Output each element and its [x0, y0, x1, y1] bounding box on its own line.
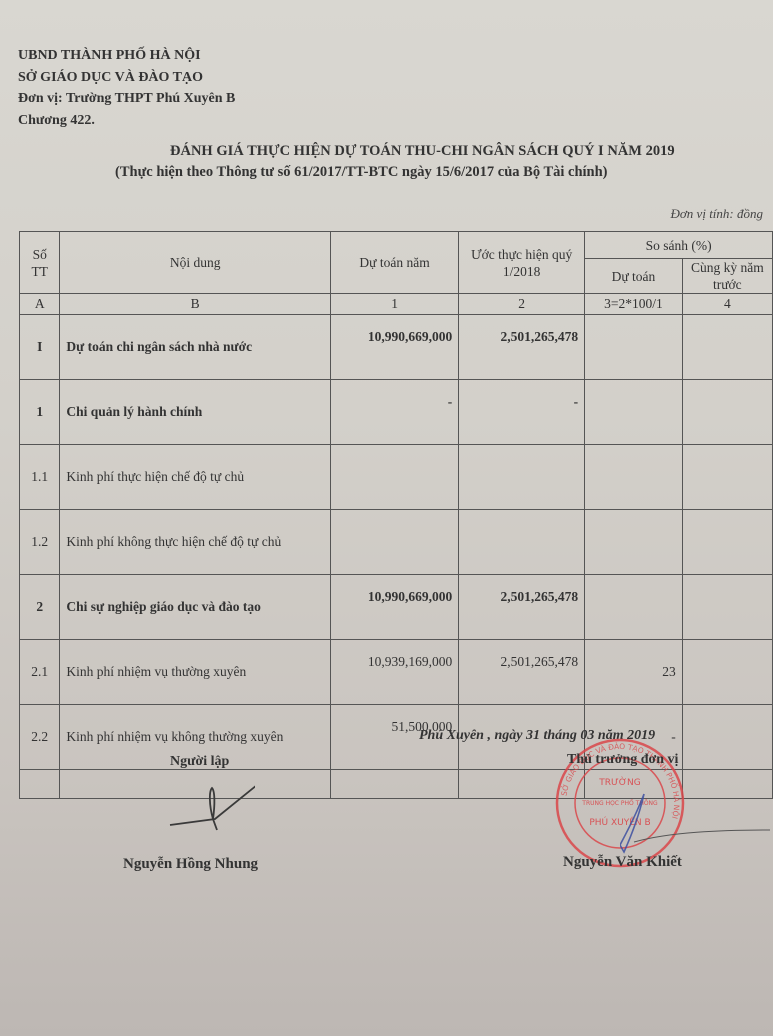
index-row: A B 1 2 3=2*100/1 4: [20, 294, 773, 315]
preparer-signature: [165, 775, 255, 835]
chapter-line: Chương 422.: [18, 110, 235, 132]
header-stt: Số TT: [20, 232, 60, 294]
row-uoc-thuc-hien: 2,501,265,478: [459, 640, 585, 705]
header-noi-dung: Nội dung: [60, 232, 331, 294]
row-ss-du-toan: [585, 575, 683, 640]
table-row: 1.2Kinh phí không thực hiện chế độ tự ch…: [20, 510, 773, 575]
title-subtitle: (Thực hiện theo Thông tư số 61/2017/TT-B…: [0, 164, 773, 181]
row-ss-cung-ky: [682, 575, 772, 640]
director-role: Thủ trưởng đơn vị: [567, 752, 678, 768]
row-stt: 2.1: [20, 640, 60, 705]
row-du-toan-nam: -: [330, 380, 458, 445]
index-cell: 1: [330, 294, 458, 315]
issuing-agency-header: UBND THÀNH PHỐ HÀ NỘI SỞ GIÁO DỤC VÀ ĐÀO…: [18, 45, 235, 131]
row-ss-du-toan: [585, 510, 683, 575]
index-cell: A: [20, 294, 60, 315]
header-uoc-thuc-hien: Ước thực hiện quý 1/2018: [459, 232, 585, 294]
row-ss-du-toan: [585, 445, 683, 510]
row-stt: 2.2: [20, 705, 60, 770]
table-row: 1.1Kinh phí thực hiện chế độ tự chủ: [20, 445, 773, 510]
row-stt: 1: [20, 380, 60, 445]
row-content: Chi sự nghiệp giáo dục và đào tạo: [60, 575, 331, 640]
row-ss-cung-ky: [682, 510, 772, 575]
row-uoc-thuc-hien: -: [459, 380, 585, 445]
header-so-sanh: So sánh (%): [585, 232, 773, 259]
empty-cell: [330, 770, 458, 799]
row-du-toan-nam: 10,939,169,000: [330, 640, 458, 705]
row-stt: 1.2: [20, 510, 60, 575]
row-ss-du-toan: [585, 380, 683, 445]
table-row: 2.1Kinh phí nhiệm vụ thường xuyên10,939,…: [20, 640, 773, 705]
row-content: Kinh phí nhiệm vụ thường xuyên: [60, 640, 331, 705]
row-content: Chi quản lý hành chính: [60, 380, 331, 445]
row-du-toan-nam: [330, 510, 458, 575]
svg-text:TRƯỜNG: TRƯỜNG: [598, 776, 640, 788]
row-stt: 2: [20, 575, 60, 640]
index-cell: 2: [459, 294, 585, 315]
row-ss-cung-ky: [682, 315, 772, 380]
header-ss-cung-ky: Cùng kỳ năm trước: [682, 259, 772, 294]
row-ss-du-toan: [585, 315, 683, 380]
director-name: Nguyễn Văn Khiết: [563, 854, 682, 871]
row-ss-cung-ky: [682, 705, 772, 770]
title-main: ĐÁNH GIÁ THỰC HIỆN DỰ TOÁN THU-CHI NGÂN …: [0, 143, 773, 160]
header-ss-du-toan: Dự toán: [585, 259, 683, 294]
table-row: IDự toán chi ngân sách nhà nước10,990,66…: [20, 315, 773, 380]
row-stt: I: [20, 315, 60, 380]
unit-line: Đơn vị: Trường THPT Phú Xuyên B: [18, 88, 235, 110]
row-uoc-thuc-hien: [459, 510, 585, 575]
row-du-toan-nam: 10,990,669,000: [330, 575, 458, 640]
row-content: Dự toán chi ngân sách nhà nước: [60, 315, 331, 380]
row-uoc-thuc-hien: 2,501,265,478: [459, 315, 585, 380]
budget-table: Số TT Nội dung Dự toán năm Ước thực hiện…: [19, 231, 773, 799]
row-uoc-thuc-hien: [459, 445, 585, 510]
index-cell: 3=2*100/1: [585, 294, 683, 315]
director-signature: [620, 790, 770, 860]
table-row: 1Chi quản lý hành chính--: [20, 380, 773, 445]
document-title: ĐÁNH GIÁ THỰC HIỆN DỰ TOÁN THU-CHI NGÂN …: [0, 143, 773, 181]
agency-line-1: UBND THÀNH PHỐ HÀ NỘI: [18, 45, 235, 67]
row-du-toan-nam: [330, 445, 458, 510]
index-cell: B: [60, 294, 331, 315]
row-ss-cung-ky: [682, 380, 772, 445]
row-stt: 1.1: [20, 445, 60, 510]
header-du-toan-nam: Dự toán năm: [330, 232, 458, 294]
row-content: Kinh phí không thực hiện chế độ tự chủ: [60, 510, 331, 575]
currency-unit: Đơn vị tính: đồng: [670, 206, 763, 222]
index-cell: 4: [682, 294, 772, 315]
row-ss-cung-ky: [682, 640, 772, 705]
preparer-name: Nguyễn Hồng Nhung: [123, 856, 258, 873]
agency-line-2: SỞ GIÁO DỤC VÀ ĐÀO TẠO: [18, 67, 235, 89]
preparer-role: Người lập: [170, 754, 229, 770]
table-row: 2Chi sự nghiệp giáo dục và đào tạo10,990…: [20, 575, 773, 640]
row-content: Kinh phí thực hiện chế độ tự chủ: [60, 445, 331, 510]
row-ss-cung-ky: [682, 445, 772, 510]
empty-cell: [20, 770, 60, 799]
row-uoc-thuc-hien: 2,501,265,478: [459, 575, 585, 640]
row-ss-du-toan: 23: [585, 640, 683, 705]
row-du-toan-nam: 10,990,669,000: [330, 315, 458, 380]
